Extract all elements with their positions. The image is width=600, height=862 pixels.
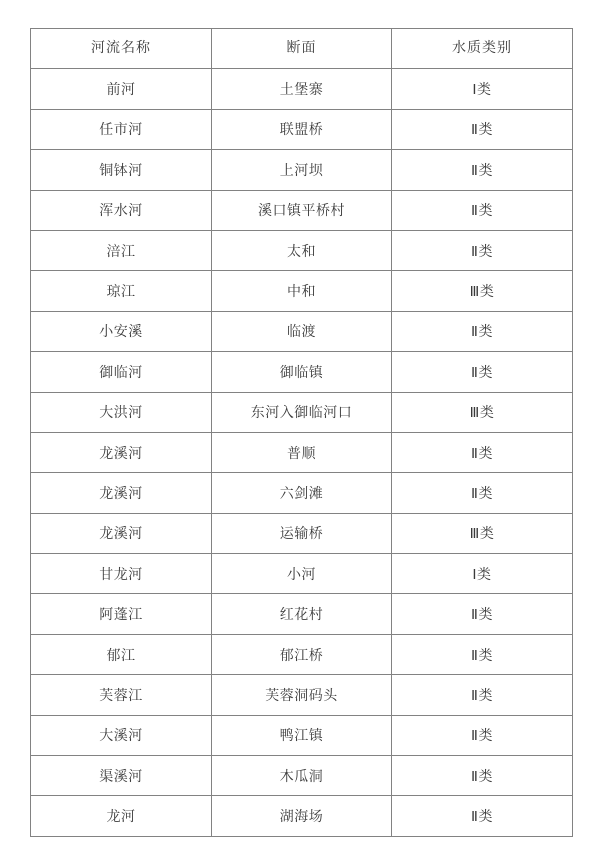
- river-name-cell: 琼江: [31, 271, 212, 311]
- water-quality-class-cell: Ⅲ类: [392, 392, 573, 432]
- table-row: 任市河联盟桥Ⅱ类: [31, 109, 573, 149]
- section-cell: 中和: [212, 271, 392, 311]
- river-name-cell: 甘龙河: [31, 554, 212, 594]
- section-cell: 溪口镇平桥村: [212, 190, 392, 230]
- table-row: 甘龙河小河Ⅰ类: [31, 554, 573, 594]
- table-row: 御临河御临镇Ⅱ类: [31, 352, 573, 392]
- section-cell: 上河坝: [212, 150, 392, 190]
- table-row: 龙溪河六剑滩Ⅱ类: [31, 473, 573, 513]
- water-quality-class-cell: Ⅱ类: [392, 432, 573, 472]
- column-header-section: 断面: [212, 29, 392, 69]
- table-row: 龙河湖海场Ⅱ类: [31, 796, 573, 836]
- section-cell: 六剑滩: [212, 473, 392, 513]
- section-cell: 御临镇: [212, 352, 392, 392]
- water-quality-class-cell: Ⅱ类: [392, 230, 573, 270]
- water-quality-class-cell: Ⅱ类: [392, 150, 573, 190]
- river-name-cell: 任市河: [31, 109, 212, 149]
- table-row: 渠溪河木瓜洞Ⅱ类: [31, 756, 573, 796]
- table-row: 芙蓉江芙蓉洞码头Ⅱ类: [31, 675, 573, 715]
- water-quality-class-cell: Ⅱ类: [392, 190, 573, 230]
- table-body: 前河土堡寨Ⅰ类任市河联盟桥Ⅱ类铜钵河上河坝Ⅱ类浑水河溪口镇平桥村Ⅱ类涪江太和Ⅱ类…: [31, 69, 573, 836]
- water-quality-class-cell: Ⅰ类: [392, 554, 573, 594]
- table-row: 琼江中和Ⅲ类: [31, 271, 573, 311]
- water-quality-class-cell: Ⅱ类: [392, 634, 573, 674]
- column-header-water-quality-class: 水质类别: [392, 29, 573, 69]
- table-row: 龙溪河普顺Ⅱ类: [31, 432, 573, 472]
- header-row: 河流名称 断面 水质类别: [31, 29, 573, 69]
- water-quality-class-cell: Ⅱ类: [392, 756, 573, 796]
- river-name-cell: 铜钵河: [31, 150, 212, 190]
- section-cell: 运输桥: [212, 513, 392, 553]
- table-row: 龙溪河运输桥Ⅲ类: [31, 513, 573, 553]
- river-name-cell: 郁江: [31, 634, 212, 674]
- section-cell: 红花村: [212, 594, 392, 634]
- section-cell: 太和: [212, 230, 392, 270]
- section-cell: 普顺: [212, 432, 392, 472]
- section-cell: 联盟桥: [212, 109, 392, 149]
- water-quality-class-cell: Ⅱ类: [392, 594, 573, 634]
- section-cell: 东河入御临河口: [212, 392, 392, 432]
- table-row: 浑水河溪口镇平桥村Ⅱ类: [31, 190, 573, 230]
- river-name-cell: 浑水河: [31, 190, 212, 230]
- section-cell: 木瓜洞: [212, 756, 392, 796]
- water-quality-class-cell: Ⅱ类: [392, 473, 573, 513]
- section-cell: 临渡: [212, 311, 392, 351]
- river-name-cell: 御临河: [31, 352, 212, 392]
- river-name-cell: 阿蓬江: [31, 594, 212, 634]
- water-quality-class-cell: Ⅲ类: [392, 513, 573, 553]
- water-quality-class-cell: Ⅱ类: [392, 715, 573, 755]
- table-row: 大洪河东河入御临河口Ⅲ类: [31, 392, 573, 432]
- table-row: 大溪河鸭江镇Ⅱ类: [31, 715, 573, 755]
- river-name-cell: 小安溪: [31, 311, 212, 351]
- water-quality-class-cell: Ⅱ类: [392, 311, 573, 351]
- table-row: 郁江郁江桥Ⅱ类: [31, 634, 573, 674]
- table-row: 铜钵河上河坝Ⅱ类: [31, 150, 573, 190]
- river-name-cell: 龙溪河: [31, 432, 212, 472]
- river-name-cell: 涪江: [31, 230, 212, 270]
- river-name-cell: 渠溪河: [31, 756, 212, 796]
- table-row: 涪江太和Ⅱ类: [31, 230, 573, 270]
- water-quality-class-cell: Ⅱ类: [392, 109, 573, 149]
- section-cell: 湖海场: [212, 796, 392, 836]
- section-cell: 鸭江镇: [212, 715, 392, 755]
- column-header-river-name: 河流名称: [31, 29, 212, 69]
- water-quality-class-cell: Ⅱ类: [392, 675, 573, 715]
- document-page: 河流名称 断面 水质类别 前河土堡寨Ⅰ类任市河联盟桥Ⅱ类铜钵河上河坝Ⅱ类浑水河溪…: [0, 0, 600, 862]
- section-cell: 小河: [212, 554, 392, 594]
- table-row: 阿蓬江红花村Ⅱ类: [31, 594, 573, 634]
- water-quality-class-cell: Ⅱ类: [392, 796, 573, 836]
- river-name-cell: 龙溪河: [31, 513, 212, 553]
- river-name-cell: 龙溪河: [31, 473, 212, 513]
- water-quality-class-cell: Ⅱ类: [392, 352, 573, 392]
- river-name-cell: 大洪河: [31, 392, 212, 432]
- river-name-cell: 芙蓉江: [31, 675, 212, 715]
- section-cell: 郁江桥: [212, 634, 392, 674]
- river-name-cell: 前河: [31, 69, 212, 109]
- river-name-cell: 大溪河: [31, 715, 212, 755]
- river-name-cell: 龙河: [31, 796, 212, 836]
- water-quality-class-cell: Ⅰ类: [392, 69, 573, 109]
- water-quality-class-cell: Ⅲ类: [392, 271, 573, 311]
- table-row: 小安溪临渡Ⅱ类: [31, 311, 573, 351]
- table-row: 前河土堡寨Ⅰ类: [31, 69, 573, 109]
- section-cell: 芙蓉洞码头: [212, 675, 392, 715]
- water-quality-table: 河流名称 断面 水质类别 前河土堡寨Ⅰ类任市河联盟桥Ⅱ类铜钵河上河坝Ⅱ类浑水河溪…: [30, 28, 573, 837]
- section-cell: 土堡寨: [212, 69, 392, 109]
